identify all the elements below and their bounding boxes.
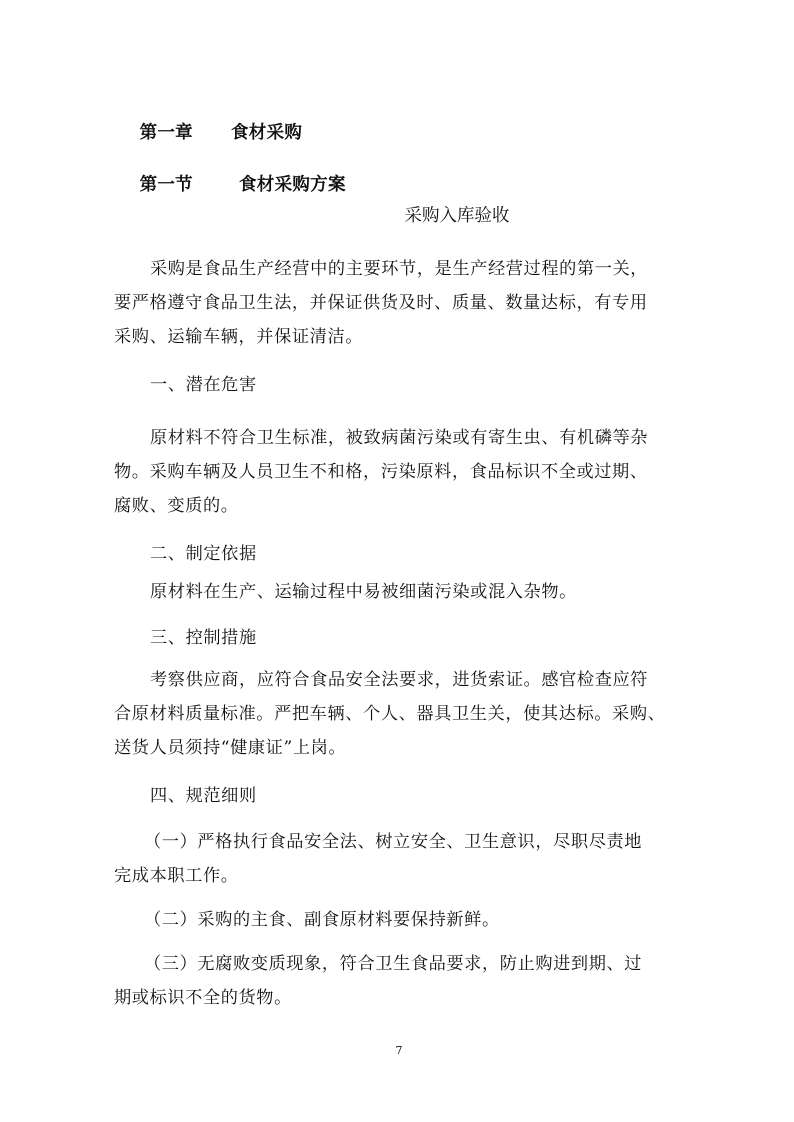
text-line: 四、规范细则 [114, 779, 680, 813]
text-line: 三、控制措施 [114, 621, 680, 655]
paragraph-measures: 考察供应商，应符合食品安全法要求，进货索证。感官检查应符 合原材料质量标准。严把… [114, 663, 680, 765]
text-line: 送货人员须持“健康证”上岗。 [114, 731, 680, 765]
paragraph-rule-3: （三）无腐败变质现象，符合卫生食品要求，防止购进到期、过 期或标识不全的货物。 [114, 947, 680, 1015]
text-line: 采购是食品生产经营中的主要环节，是生产经营过程的第一关， [114, 252, 680, 286]
paragraph-rule-1: （一）严格执行食品安全法、树立安全、卫生意识，尽职尽责地 完成本职工作。 [114, 825, 680, 893]
text-line: 物。采购车辆及人员卫生不和格，污染原料，食品标识不全或过期、 [114, 455, 680, 489]
text-line: 原材料不符合卫生标准，被致病菌污染或有寄生虫、有机磷等杂 [114, 421, 680, 455]
text-line: 考察供应商，应符合食品安全法要求，进货索证。感官检查应符 [114, 663, 680, 697]
paragraph-intro: 采购是食品生产经营中的主要环节，是生产经营过程的第一关， 要严格遵守食品卫生法，… [114, 252, 680, 354]
subheading-basis: 二、制定依据 [114, 537, 680, 571]
chapter-title: 食材采购 [231, 123, 302, 143]
section-number: 第一节 [140, 175, 193, 195]
text-line: （一）严格执行食品安全法、树立安全、卫生意识，尽职尽责地 [114, 825, 680, 859]
chapter-number: 第一章 [140, 123, 193, 143]
subtitle: 采购入库验收 [0, 204, 794, 228]
paragraph-basis: 原材料在生产、运输过程中易被细菌污染或混入杂物。 [114, 575, 680, 609]
subheading-rules: 四、规范细则 [114, 779, 680, 813]
text-line: 期或标识不全的货物。 [114, 981, 680, 1015]
text-line: 一、潜在危害 [114, 368, 680, 402]
document-page: 第一章食材采购 第一节食材采购方案 采购入库验收 采购是食品生产经营中的主要环节… [0, 0, 794, 1122]
text-line: （二）采购的主食、副食原材料要保持新鲜。 [114, 903, 680, 937]
text-line: 腐败、变质的。 [114, 489, 680, 523]
section-title: 食材采购方案 [239, 175, 346, 195]
text-line: 采购、运输车辆，并保证清洁。 [114, 320, 680, 354]
text-line: 二、制定依据 [114, 537, 680, 571]
text-line: 完成本职工作。 [114, 859, 680, 893]
paragraph-rule-2: （二）采购的主食、副食原材料要保持新鲜。 [114, 903, 680, 937]
text-line: 要严格遵守食品卫生法，并保证供货及时、质量、数量达标，有专用 [114, 286, 680, 320]
paragraph-hazards: 原材料不符合卫生标准，被致病菌污染或有寄生虫、有机磷等杂 物。采购车辆及人员卫生… [114, 421, 680, 523]
text-line: 原材料在生产、运输过程中易被细菌污染或混入杂物。 [114, 575, 680, 609]
page-number: 7 [0, 1044, 794, 1057]
text-line: 合原材料质量标准。严把车辆、个人、器具卫生关，使其达标。采购、 [114, 697, 680, 731]
subheading-measures: 三、控制措施 [114, 621, 680, 655]
subheading-hazards: 一、潜在危害 [114, 368, 680, 402]
text-line: （三）无腐败变质现象，符合卫生食品要求，防止购进到期、过 [114, 947, 680, 981]
